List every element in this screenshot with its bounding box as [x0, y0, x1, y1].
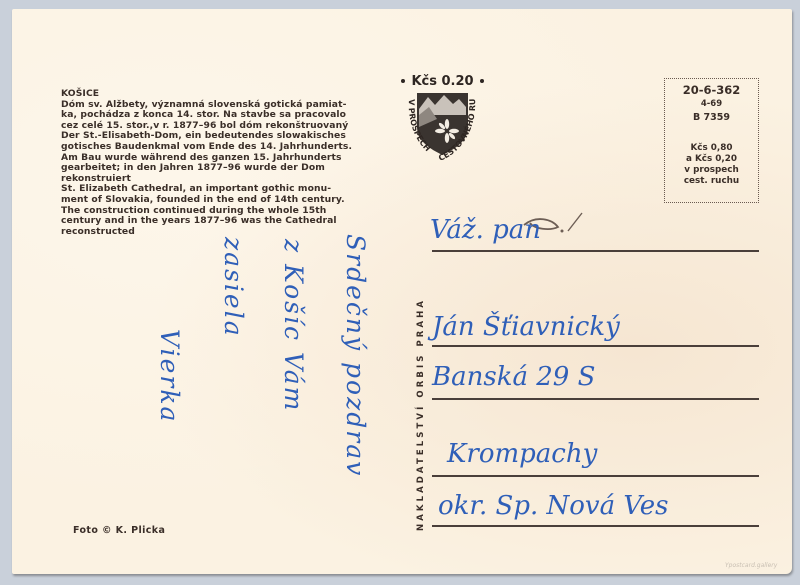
address-line: [432, 250, 759, 252]
address-line: [432, 345, 759, 347]
address-line: [432, 475, 759, 477]
card-title: KOŠICE: [61, 89, 391, 100]
price-line: Kčs 0,80: [665, 143, 758, 154]
stamp-code: 20-6-362: [665, 83, 758, 97]
address-line: [432, 398, 759, 400]
card-description: KOŠICE Dóm sv. Alžbety, významná slovens…: [61, 89, 391, 237]
price-line: a Kčs 0,20: [665, 154, 758, 165]
stamp-box: 20-6-362 4-69 B 7359 Kčs 0,80 a Kčs 0,20…: [664, 78, 759, 203]
publisher-label: NAKLADATELSTVÍ ORBIS PRAHA: [416, 298, 426, 531]
stamp-date: 4-69: [665, 99, 758, 109]
message-line: z Košíc Vám: [279, 239, 308, 412]
message-line: zasiela: [219, 237, 248, 338]
address-line: [432, 525, 759, 527]
postcard: KOŠICE Dóm sv. Alžbety, významná slovens…: [12, 9, 792, 574]
message-signature: Vierka: [155, 329, 184, 423]
address-street: Banská 29 S: [432, 362, 595, 392]
stamp-price: Kčs 0,80 a Kčs 0,20 v prospech cest. ruc…: [665, 143, 758, 187]
stamp-series: B 7359: [665, 112, 758, 123]
address-district: okr. Sp. Nová Ves: [438, 491, 668, 521]
address-salutation: Váž. pan: [430, 215, 541, 245]
photo-credit: Foto © K. Plicka: [73, 525, 165, 536]
message-line: Srdečný pozdrav: [341, 234, 370, 477]
watermark: Ypostcard.gallery: [725, 562, 777, 569]
address-city: Krompachy: [447, 439, 597, 469]
price-line: v prospech: [665, 165, 758, 176]
mountain-edelweiss-shield-icon: Kčs 0.20 V PROSPECH CESTOVNÉHO RUCHU: [395, 69, 490, 169]
address-name: Ján Šťiavnický: [432, 312, 620, 342]
description-line: ment of Slovakia, founded in the end of …: [61, 195, 391, 206]
logo-price: Kčs 0.20: [411, 74, 473, 89]
description-line: gotisches Baudenkmal vom Ende des 14. Ja…: [61, 142, 391, 153]
price-line: cest. ruchu: [665, 176, 758, 187]
